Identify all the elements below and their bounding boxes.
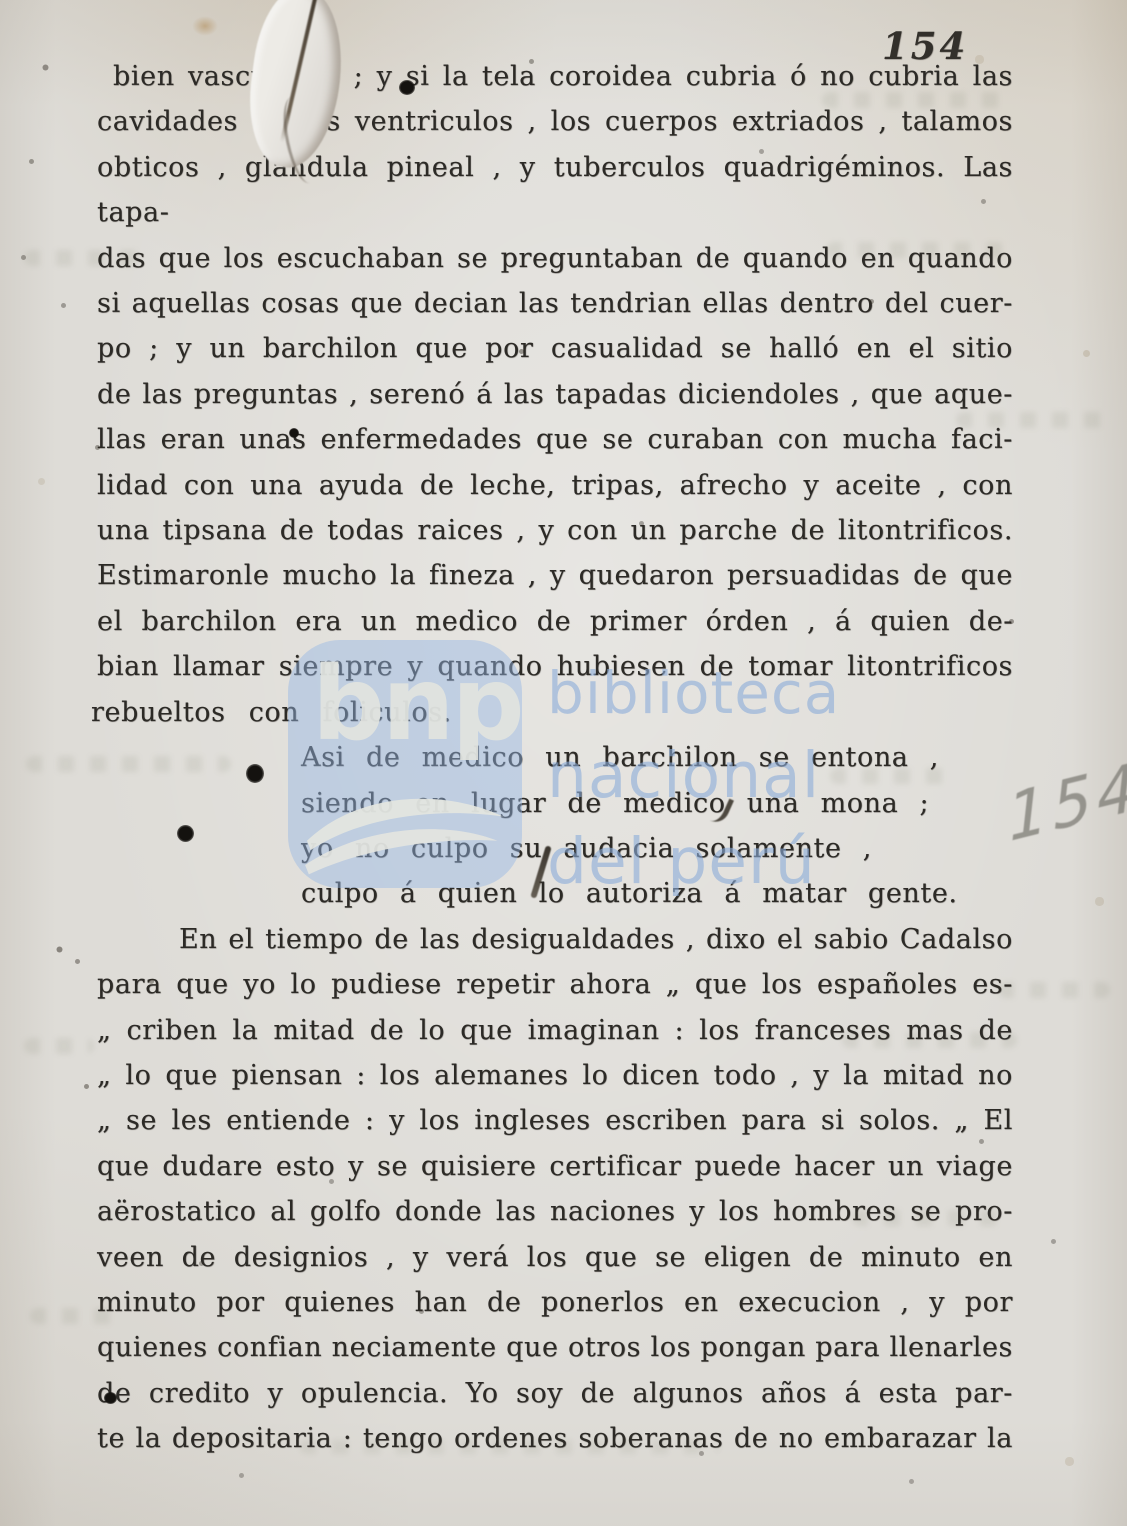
text-line: „ lo que piensan : los alemanes lo dicen…: [97, 1053, 1013, 1098]
pencil-annotation: 154: [1005, 749, 1127, 857]
scanned-book-page: 154 bien vasculosas ; y si la tela coroi…: [0, 0, 1127, 1526]
text-line: po ; y un barchilon que por casualidad s…: [97, 326, 1013, 371]
text-line: „ se les entiende : y los ingleses escri…: [97, 1098, 1013, 1143]
text-line: una tipsana de todas raices , y con un p…: [97, 508, 1013, 553]
text-line: Asi de medico un barchilon se entona ,: [97, 735, 1013, 780]
text-line: das que los escuchaban se preguntaban de…: [97, 236, 1013, 281]
text-line: si aquellas cosas que decian las tendria…: [97, 281, 1013, 326]
text-line: minuto por quienes han de ponerlos en ex…: [97, 1280, 1013, 1325]
paper-stain: [192, 16, 218, 36]
text-line: bien vasculosas ; y si la tela coroidea …: [97, 54, 1013, 99]
text-line: aërostatico al golfo donde las naciones …: [97, 1189, 1013, 1234]
text-line: para que yo lo pudiese repetir ahora „ q…: [97, 962, 1013, 1007]
bleedthrough-mark: [24, 1038, 94, 1054]
bleedthrough-mark: [998, 982, 1110, 998]
text-line: „ criben la mitad de lo que imaginan : l…: [97, 1008, 1013, 1053]
text-line: obticos , glandula pineal , y tuberculos…: [97, 145, 1013, 236]
text-line: veen de designios , y verá los que se el…: [97, 1235, 1013, 1280]
text-line: En el tiempo de las desigualdades , dixo…: [97, 917, 1013, 962]
text-line: el barchilon era un medico de primer órd…: [97, 599, 1013, 644]
text-block: bien vasculosas ; y si la tela coroidea …: [97, 54, 1013, 1462]
text-line: bian llamar siempre y quando hubiesen de…: [97, 644, 1013, 689]
text-line: siendo en lugar de medico una mona ;: [97, 781, 1013, 826]
text-line: llas eran unas enfermedades que se curab…: [97, 417, 1013, 462]
text-line: rebueltos con foliculos.: [91, 690, 1013, 735]
text-line: culpo á quien lo autoriza á matar gente.: [97, 871, 1013, 916]
text-line: de las preguntas , serenó á las tapadas …: [97, 372, 1013, 417]
text-line: Estimaronle mucho la fineza , y quedaron…: [97, 553, 1013, 598]
text-line: de credito y opulencia. Yo soy de alguno…: [97, 1371, 1013, 1416]
text-line: lidad con una ayuda de leche, tripas, af…: [97, 463, 1013, 508]
text-line: quienes confian neciamente que otros los…: [97, 1325, 1013, 1370]
text-line: te la depositaria : tengo ordenes sobera…: [97, 1416, 1013, 1461]
paper-speckles: [0, 0, 3, 3]
text-line: cavidades de los ventriculos , los cuerp…: [97, 99, 1013, 144]
text-line: yo no culpo su audacia solamente ,: [97, 826, 1013, 871]
text-line: que dudare esto y se quisiere certificar…: [97, 1144, 1013, 1189]
